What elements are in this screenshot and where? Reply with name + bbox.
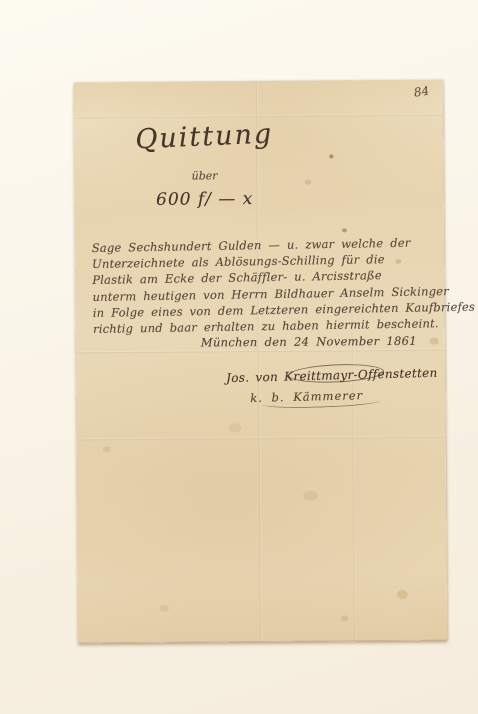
foxing-spot xyxy=(329,154,333,158)
foxing-spot xyxy=(397,590,408,599)
foxing-spot xyxy=(228,423,241,432)
place-date-line: München den 24 November 1861 xyxy=(201,334,417,350)
amount-figure: 600 f/ — x xyxy=(130,189,280,210)
vertical-fold-crease xyxy=(256,81,262,641)
foxing-spot xyxy=(103,446,111,452)
document-title: Quittung xyxy=(129,118,280,155)
vertical-fold-crease-right xyxy=(352,300,357,641)
horizontal-fold-crease-middle xyxy=(76,349,445,354)
foxing-spot xyxy=(430,338,439,345)
archival-corner-mark: 84 xyxy=(413,84,430,100)
signature-name: Jos. von Kreittmayr-Offenstetten xyxy=(226,366,438,385)
foxing-spot xyxy=(303,491,318,501)
document-paper: 84 Quittung über 600 f/ — x Sage Sechshu… xyxy=(74,80,447,644)
foxing-spot xyxy=(305,180,312,185)
foxing-spot xyxy=(342,228,347,232)
horizontal-fold-crease-top xyxy=(74,114,443,119)
signature-rank: k. b. Kämmerer xyxy=(250,388,363,405)
body-text-block: Sage Sechshundert Gulden — u. zwar welch… xyxy=(92,234,476,338)
foxing-spot xyxy=(160,605,169,612)
photo-backdrop: 84 Quittung über 600 f/ — x Sage Sechshu… xyxy=(0,0,478,714)
horizontal-fold-crease-lower xyxy=(77,436,446,441)
title-preposition: über xyxy=(129,169,279,183)
foxing-spot xyxy=(341,615,348,621)
